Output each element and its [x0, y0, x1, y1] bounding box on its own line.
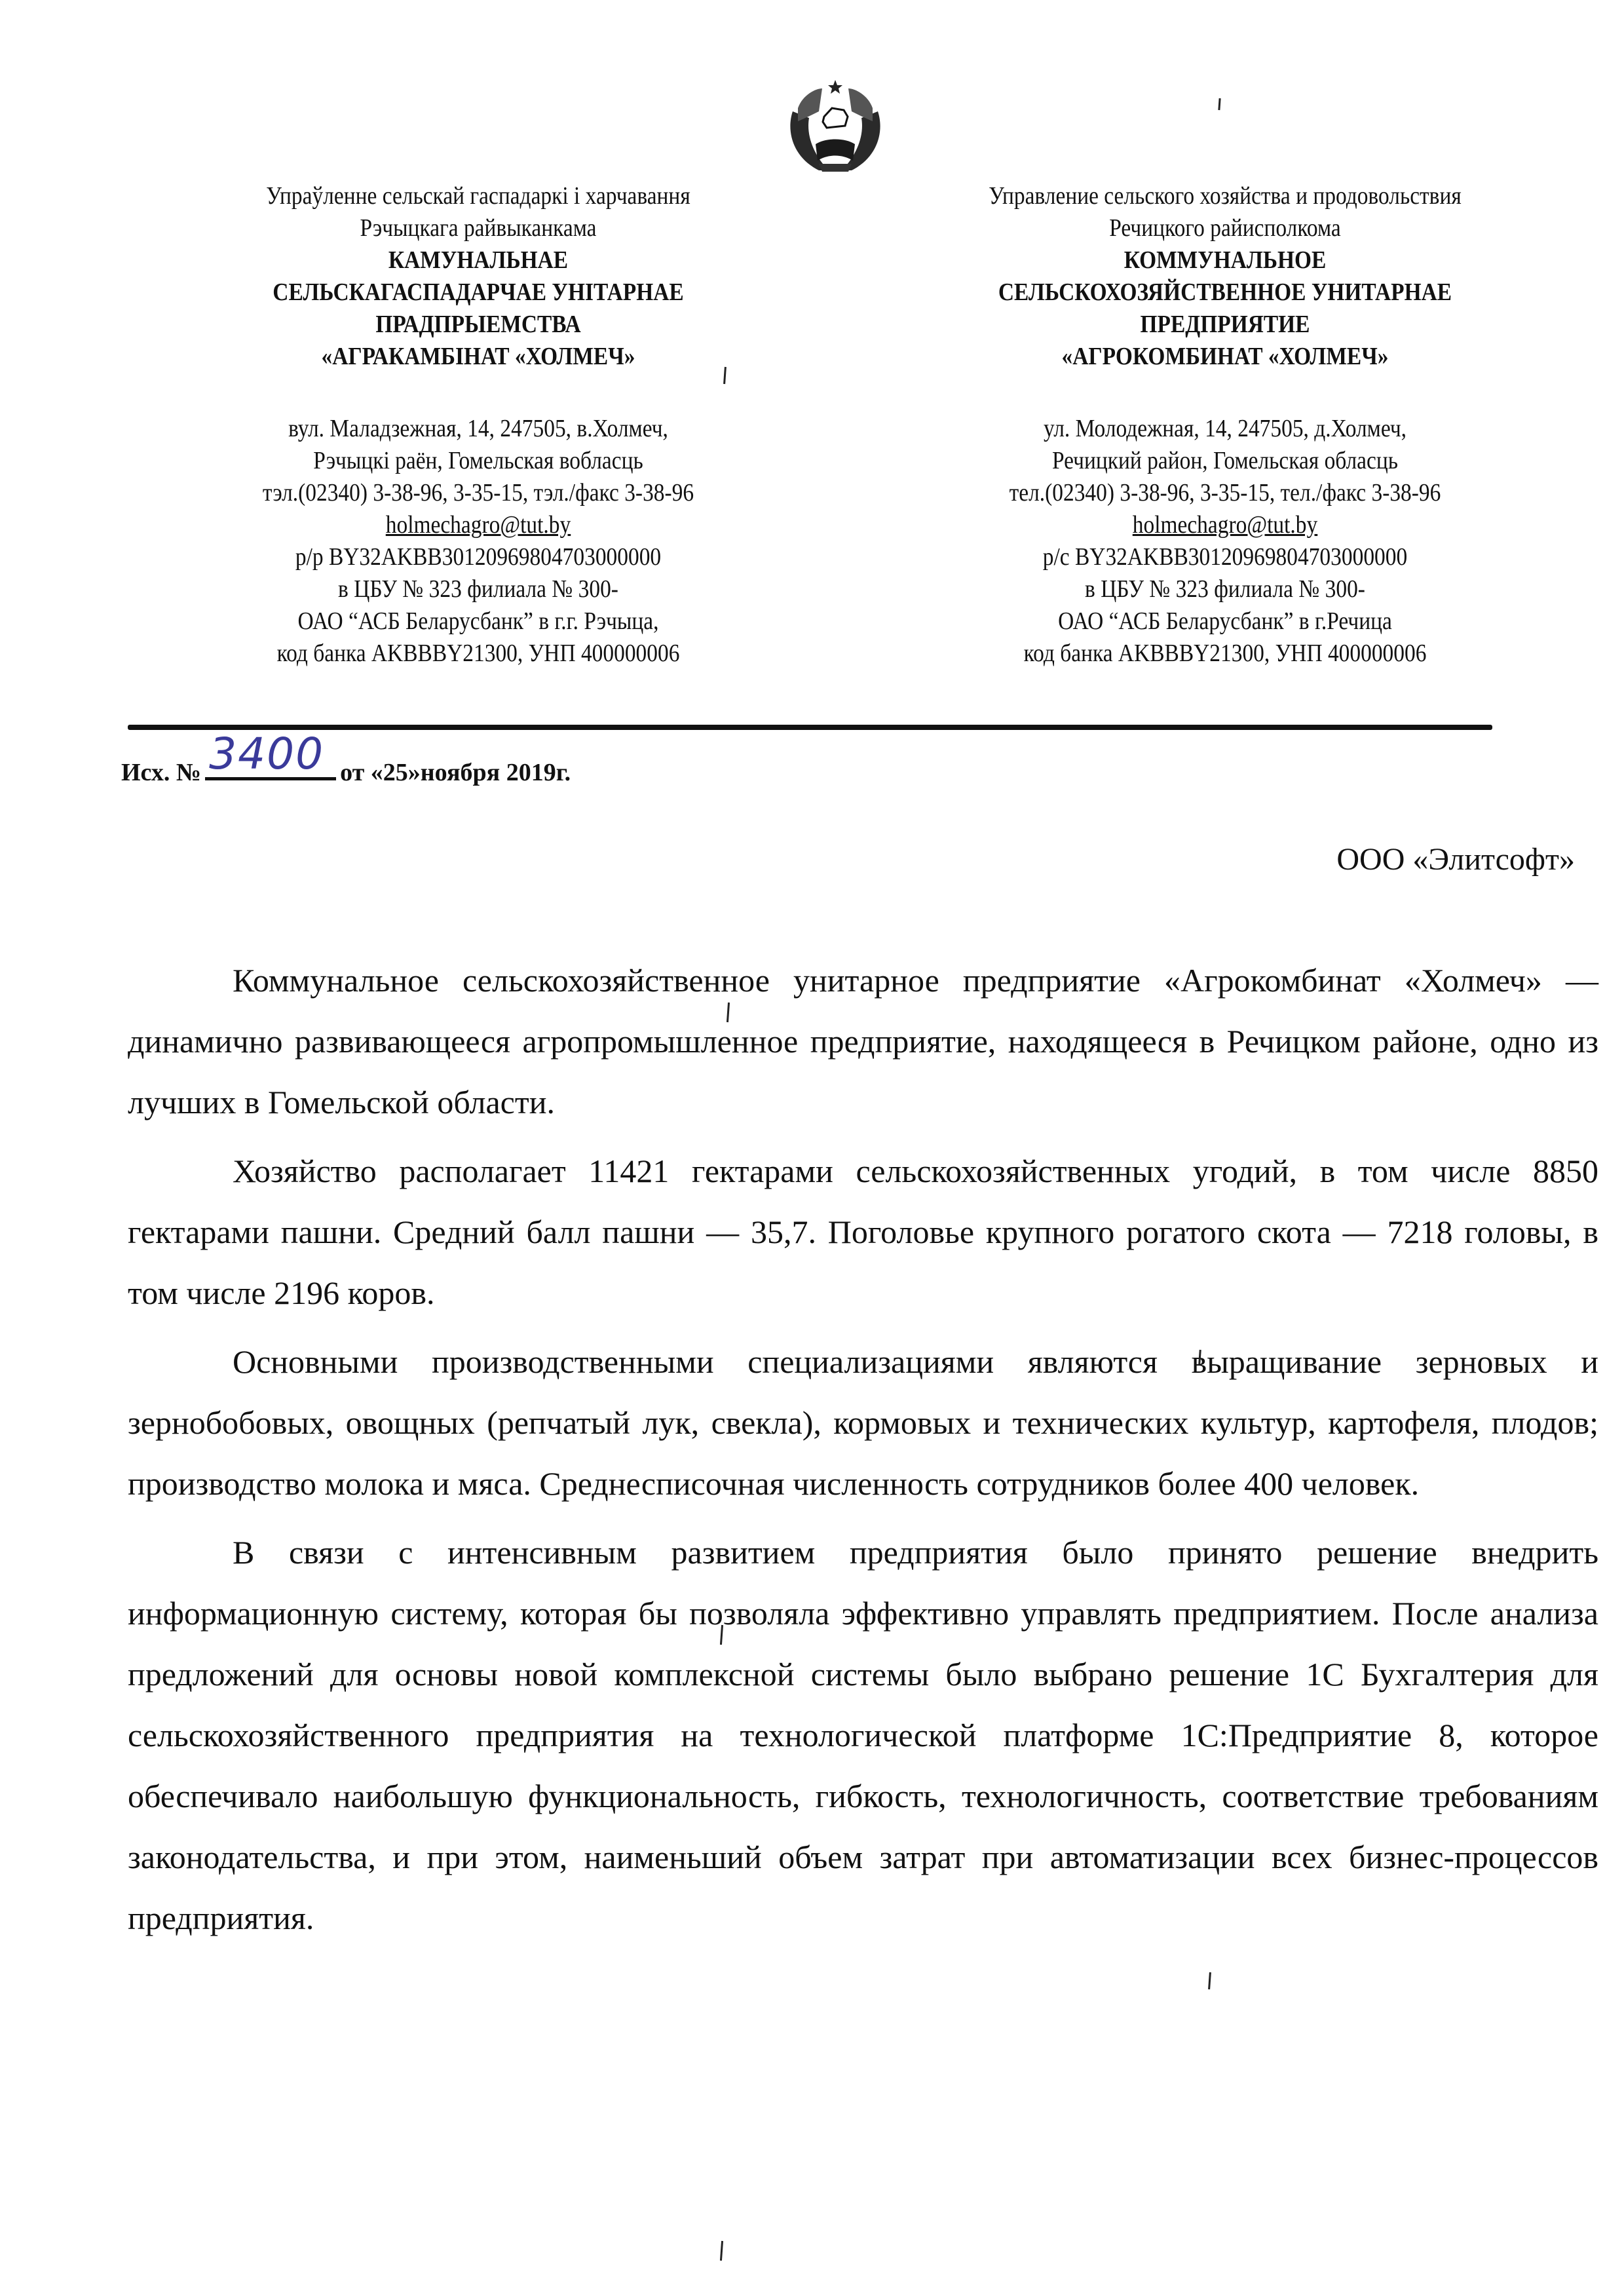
- scan-mark: [723, 367, 727, 384]
- recipient: ООО «Элитсофт»: [1336, 840, 1575, 879]
- org-name-line: «АГРАКАМБІНАТ «ХОЛМЕЧ»: [176, 341, 781, 373]
- letterhead-left-address: вул. Маладзежная, 14, 247505, в.Холмеч, …: [176, 413, 781, 670]
- org-dept-line: Речицкого райисполкома: [908, 212, 1542, 244]
- org-name-line: СЕЛЬСКОХОЗЯЙСТВЕННОЕ УНИТАРНАЕ: [908, 277, 1542, 309]
- phone-line: тел.(02340) 3-38-96, 3-35-15, тел./факс …: [908, 477, 1542, 509]
- address-line: вул. Маладзежная, 14, 247505, в.Холмеч,: [176, 413, 781, 445]
- org-name-line: ПРАДПРЫЕМСТВА: [176, 309, 781, 341]
- bank-line: код банка AKBBBY21300, УНП 400000006: [176, 638, 781, 670]
- letter-body: Коммунальное сельскохозяйственное унитар…: [128, 950, 1598, 1949]
- reference-prefix: Исх. №: [121, 759, 201, 786]
- handwritten-number: 3400: [209, 733, 324, 776]
- body-paragraph: Коммунальное сельскохозяйственное унитар…: [128, 950, 1598, 1133]
- org-dept-line: Управление сельского хозяйства и продово…: [908, 180, 1542, 212]
- body-paragraph: В связи с интенсивным развитием предприя…: [128, 1522, 1598, 1949]
- email-link[interactable]: holmechagro@tut.by: [1133, 511, 1317, 539]
- letterhead-divider: [128, 725, 1492, 730]
- address-line: ул. Молодежная, 14, 247505, д.Холмеч,: [908, 413, 1542, 445]
- org-name-line: «АГРОКОМБИНАТ «ХОЛМЕЧ»: [908, 341, 1542, 373]
- email-link[interactable]: holmechagro@tut.by: [386, 511, 571, 539]
- org-name-line: КАМУНАЛЬНАЕ: [176, 244, 781, 277]
- letterhead-right-org: Управление сельского хозяйства и продово…: [908, 180, 1542, 373]
- org-name-line: ПРЕДПРИЯТИЕ: [908, 309, 1542, 341]
- org-name-line: СЕЛЬСКАГАСПАДАРЧАЕ УНІТАРНАЕ: [176, 277, 781, 309]
- bank-line: в ЦБУ № 323 филиала № 300-: [176, 573, 781, 605]
- org-dept-line: Рэчыцкага райвыканкама: [176, 212, 781, 244]
- bank-line: в ЦБУ № 323 филиала № 300-: [908, 573, 1542, 605]
- state-emblem-icon: [780, 72, 891, 177]
- letterhead-right-address: ул. Молодежная, 14, 247505, д.Холмеч, Ре…: [908, 413, 1542, 670]
- phone-line: тэл.(02340) 3-38-96, 3-35-15, тэл./факс …: [176, 477, 781, 509]
- scan-mark: [1218, 98, 1220, 110]
- org-name-line: КОММУНАЛЬНОЕ: [908, 244, 1542, 277]
- outgoing-reference: Исх. №3400от «25»ноября 2019г.: [121, 746, 571, 792]
- letterhead-left-org: Упраўленне сельскай гаспадаркі і харчава…: [176, 180, 781, 373]
- body-paragraph: Основными производственными специализаци…: [128, 1331, 1598, 1514]
- bank-line: код банка AKBBBY21300, УНП 400000006: [908, 638, 1542, 670]
- body-paragraph: Хозяйство располагает 11421 гектарами се…: [128, 1141, 1598, 1324]
- scan-mark: [1208, 1972, 1211, 1989]
- bank-line: ОАО “АСБ Беларусбанк” в г.Речица: [908, 605, 1542, 638]
- org-dept-line: Упраўленне сельскай гаспадаркі і харчава…: [176, 180, 781, 212]
- address-line: Речицкий район, Гомельская облaсць: [908, 445, 1542, 477]
- scan-mark: [720, 2241, 723, 2261]
- bank-line: р/р BY32AKBB30120969804703000000: [176, 541, 781, 573]
- address-line: Рэчыцкі раён, Гомельская вобласць: [176, 445, 781, 477]
- reference-number-field: 3400: [205, 746, 336, 780]
- bank-line: р/с BY32AKBB30120969804703000000: [908, 541, 1542, 573]
- reference-date: от «25»ноября 2019г.: [340, 759, 571, 786]
- bank-line: ОАО “АСБ Беларусбанк” в г.г. Рэчыца,: [176, 605, 781, 638]
